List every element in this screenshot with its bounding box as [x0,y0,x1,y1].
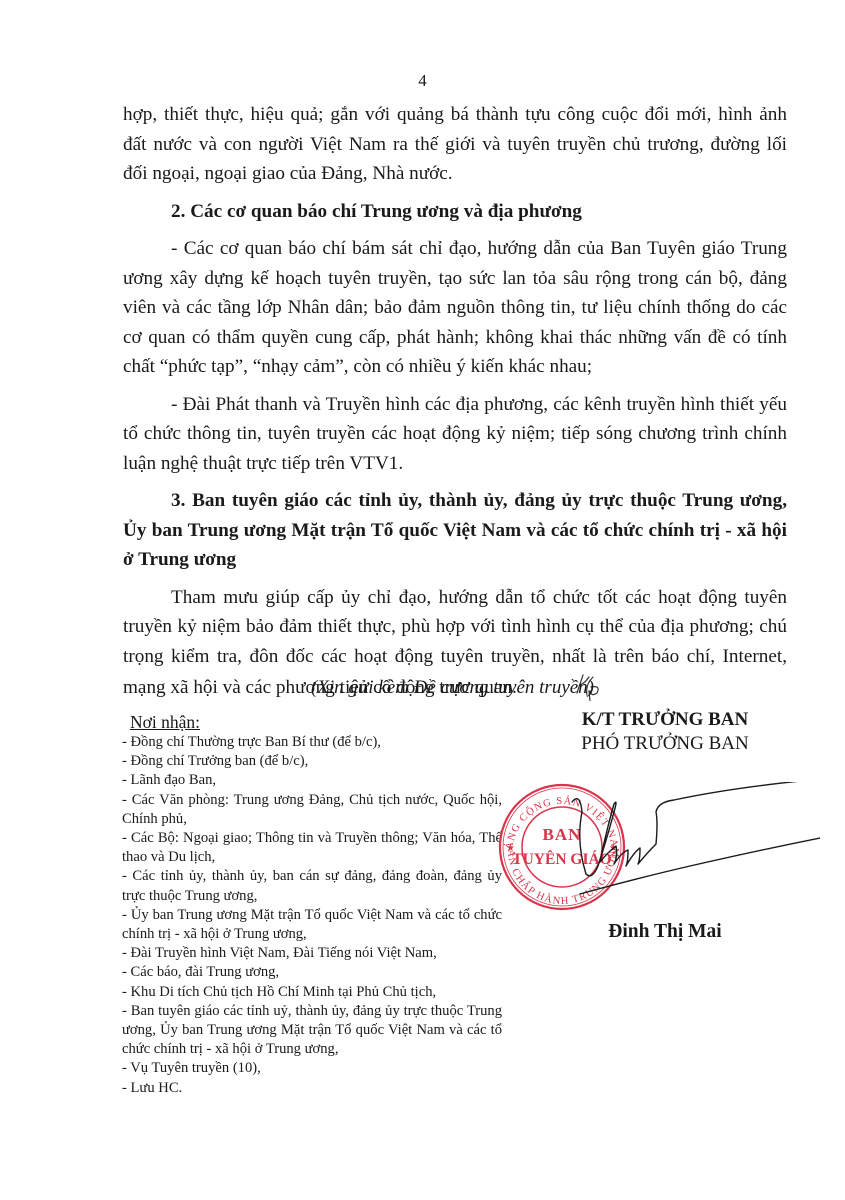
handwritten-signature-icon [570,782,820,902]
closing-note-text: (Xin gửi kèm Đề cương tuyên truyền) [311,677,594,698]
closing-note: (Xin gửi kèm Đề cương tuyên truyền) [0,676,845,700]
recipient-item: - Đồng chí Thường trực Ban Bí thư (để b/… [122,733,502,752]
section-2-paragraph-1: - Các cơ quan báo chí bám sát chỉ đạo, h… [123,234,787,382]
recipient-item: - Lưu HC. [122,1079,502,1098]
recipient-item: - Các tỉnh ủy, thành ủy, ban cán sự đảng… [122,867,502,905]
recipient-item: - Khu Di tích Chủ tịch Hồ Chí Minh tại P… [122,983,502,1002]
recipient-item: - Đài Truyền hình Việt Nam, Đài Tiếng nó… [122,944,502,963]
document-body: hợp, thiết thực, hiệu quả; gắn với quảng… [123,100,787,703]
recipients-title: Nơi nhận: [130,712,502,733]
intro-line: đối ngoại, ngoại giao của Đảng, Nhà nước… [123,159,787,189]
section-2-paragraph-2: - Đài Phát thanh và Truyền hình các địa … [123,390,787,479]
section-2-heading: 2. Các cơ quan báo chí Trung ương và địa… [123,197,787,227]
recipient-item: - Đồng chí Trưởng ban (để b/c), [122,752,502,771]
recipient-item: - Các Bộ: Ngoại giao; Thông tin và Truyề… [122,829,502,867]
signature-title: K/T TRƯỞNG BAN [520,708,810,732]
intro-line: hợp, thiết thực, hiệu quả; gắn với quảng… [123,100,787,130]
section-3-heading: 3. Ban tuyên giáo các tỉnh ủy, thành ủy,… [123,486,787,575]
page-number: 4 [0,71,845,91]
recipient-item: - Các báo, đài Trung ương, [122,963,502,982]
signature-block: K/T TRƯỞNG BAN PHÓ TRƯỞNG BAN [520,708,810,756]
recipient-item: - Ủy ban Trung ương Mặt trận Tổ quốc Việ… [122,906,502,944]
recipient-item: - Ban tuyên giáo các tỉnh uỷ, thành ủy, … [122,1002,502,1060]
recipient-item: - Lãnh đạo Ban, [122,771,502,790]
intro-line: đất nước và con người Việt Nam ra thế gi… [123,130,787,160]
recipient-item: - Các Văn phòng: Trung ương Đảng, Chủ tị… [122,791,502,829]
recipients-list: Nơi nhận: - Đồng chí Thường trực Ban Bí … [122,712,502,1098]
signature-subtitle: PHÓ TRƯỞNG BAN [520,732,810,756]
signer-name: Đinh Thị Mai [520,920,810,944]
recipient-item: - Vụ Tuyên truyền (10), [122,1059,502,1078]
